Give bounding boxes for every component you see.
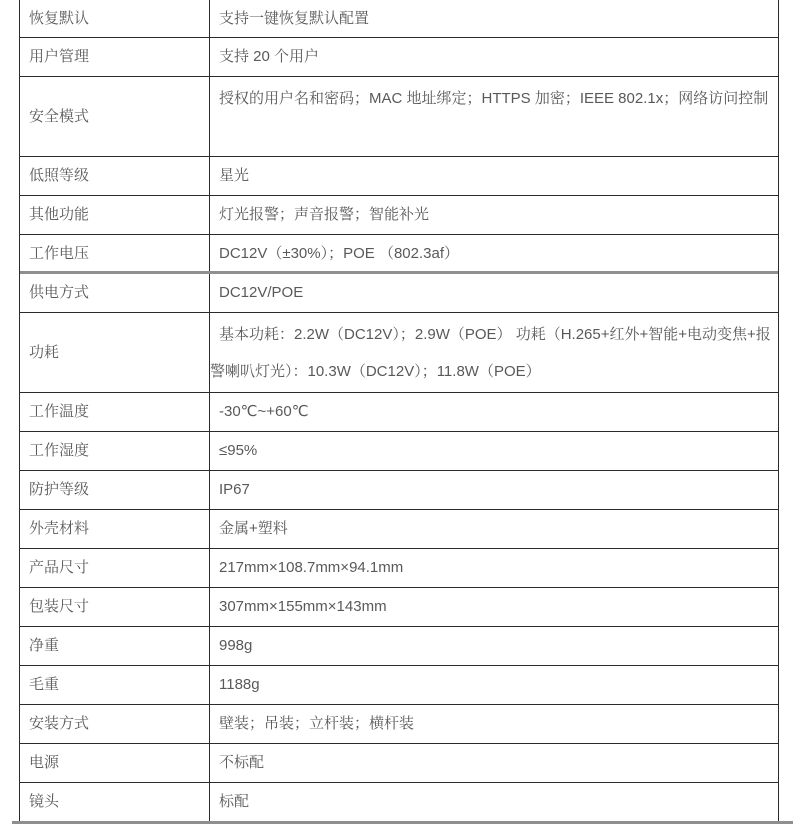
- table-row: 供电方式 DC12V/POE: [20, 274, 778, 313]
- spec-label: 用户管理: [20, 38, 210, 76]
- spec-label: 电源: [20, 744, 210, 782]
- spec-label: 外壳材料: [20, 510, 210, 548]
- table-row: 其他功能 灯光报警；声音报警；智能补光: [20, 196, 778, 235]
- table-row: 工作电压 DC12V（±30%）；POE （802.3af）: [20, 235, 778, 274]
- spec-label: 安装方式: [20, 705, 210, 743]
- spec-value: 998g: [210, 627, 778, 665]
- spec-value: 1188g: [210, 666, 778, 704]
- table-row: 电源 不标配: [20, 744, 778, 783]
- spec-value: IP67: [210, 471, 778, 509]
- spec-value: 支持一键恢复默认配置: [210, 0, 778, 37]
- spec-label: 工作温度: [20, 393, 210, 431]
- spec-label: 供电方式: [20, 274, 210, 312]
- table-row: 净重 998g: [20, 627, 778, 666]
- table-row: 毛重 1188g: [20, 666, 778, 705]
- table-row: 安装方式 壁装；吊装；立杆装；横杆装: [20, 705, 778, 744]
- spec-value: 金属+塑料: [210, 510, 778, 548]
- spec-label: 净重: [20, 627, 210, 665]
- spec-sheet-page: 恢复默认 支持一键恢复默认配置 用户管理 支持 20 个用户 安全模式 授权的用…: [0, 0, 800, 834]
- spec-value: 支持 20 个用户: [210, 38, 778, 76]
- spec-value: 不标配: [210, 744, 778, 782]
- table-row: 产品尺寸 217mm×108.7mm×94.1mm: [20, 549, 778, 588]
- spec-value: 灯光报警；声音报警；智能补光: [210, 196, 778, 234]
- table-bottom-border: [12, 821, 793, 824]
- table-row: 工作温度 -30℃~+60℃: [20, 393, 778, 432]
- table-row: 包装尺寸 307mm×155mm×143mm: [20, 588, 778, 627]
- table-row: 安全模式 授权的用户名和密码；MAC 地址绑定；HTTPS 加密；IEEE 80…: [20, 77, 778, 157]
- spec-value: ≤95%: [210, 432, 778, 470]
- spec-label: 安全模式: [20, 77, 210, 156]
- spec-label: 工作电压: [20, 235, 210, 271]
- table-row: 防护等级 IP67: [20, 471, 778, 510]
- table-row: 用户管理 支持 20 个用户: [20, 38, 778, 77]
- spec-label: 包装尺寸: [20, 588, 210, 626]
- table-row: 恢复默认 支持一键恢复默认配置: [20, 0, 778, 38]
- spec-value: 217mm×108.7mm×94.1mm: [210, 549, 778, 587]
- table-row: 外壳材料 金属+塑料: [20, 510, 778, 549]
- table-row: 工作湿度 ≤95%: [20, 432, 778, 471]
- spec-value: 基本功耗：2.2W（DC12V）；2.9W（POE） 功耗（H.265+红外+智…: [210, 313, 778, 392]
- spec-value: 壁装；吊装；立杆装；横杆装: [210, 705, 778, 743]
- table-row: 低照等级 星光: [20, 157, 778, 196]
- spec-value: 标配: [210, 783, 778, 821]
- spec-value: 授权的用户名和密码；MAC 地址绑定；HTTPS 加密；IEEE 802.1x；…: [210, 77, 778, 156]
- spec-value: 307mm×155mm×143mm: [210, 588, 778, 626]
- spec-label: 恢复默认: [20, 0, 210, 37]
- table-row: 镜头 标配: [20, 783, 778, 821]
- spec-table: 恢复默认 支持一键恢复默认配置 用户管理 支持 20 个用户 安全模式 授权的用…: [19, 0, 779, 821]
- spec-label: 工作湿度: [20, 432, 210, 470]
- spec-value: 星光: [210, 157, 778, 195]
- spec-label: 产品尺寸: [20, 549, 210, 587]
- spec-value: DC12V（±30%）；POE （802.3af）: [210, 235, 778, 271]
- spec-value: -30℃~+60℃: [210, 393, 778, 431]
- spec-label: 低照等级: [20, 157, 210, 195]
- table-row: 功耗 基本功耗：2.2W（DC12V）；2.9W（POE） 功耗（H.265+红…: [20, 313, 778, 393]
- spec-value: DC12V/POE: [210, 274, 778, 312]
- spec-label: 防护等级: [20, 471, 210, 509]
- spec-label: 毛重: [20, 666, 210, 704]
- spec-label: 其他功能: [20, 196, 210, 234]
- spec-label: 功耗: [20, 313, 210, 392]
- spec-label: 镜头: [20, 783, 210, 821]
